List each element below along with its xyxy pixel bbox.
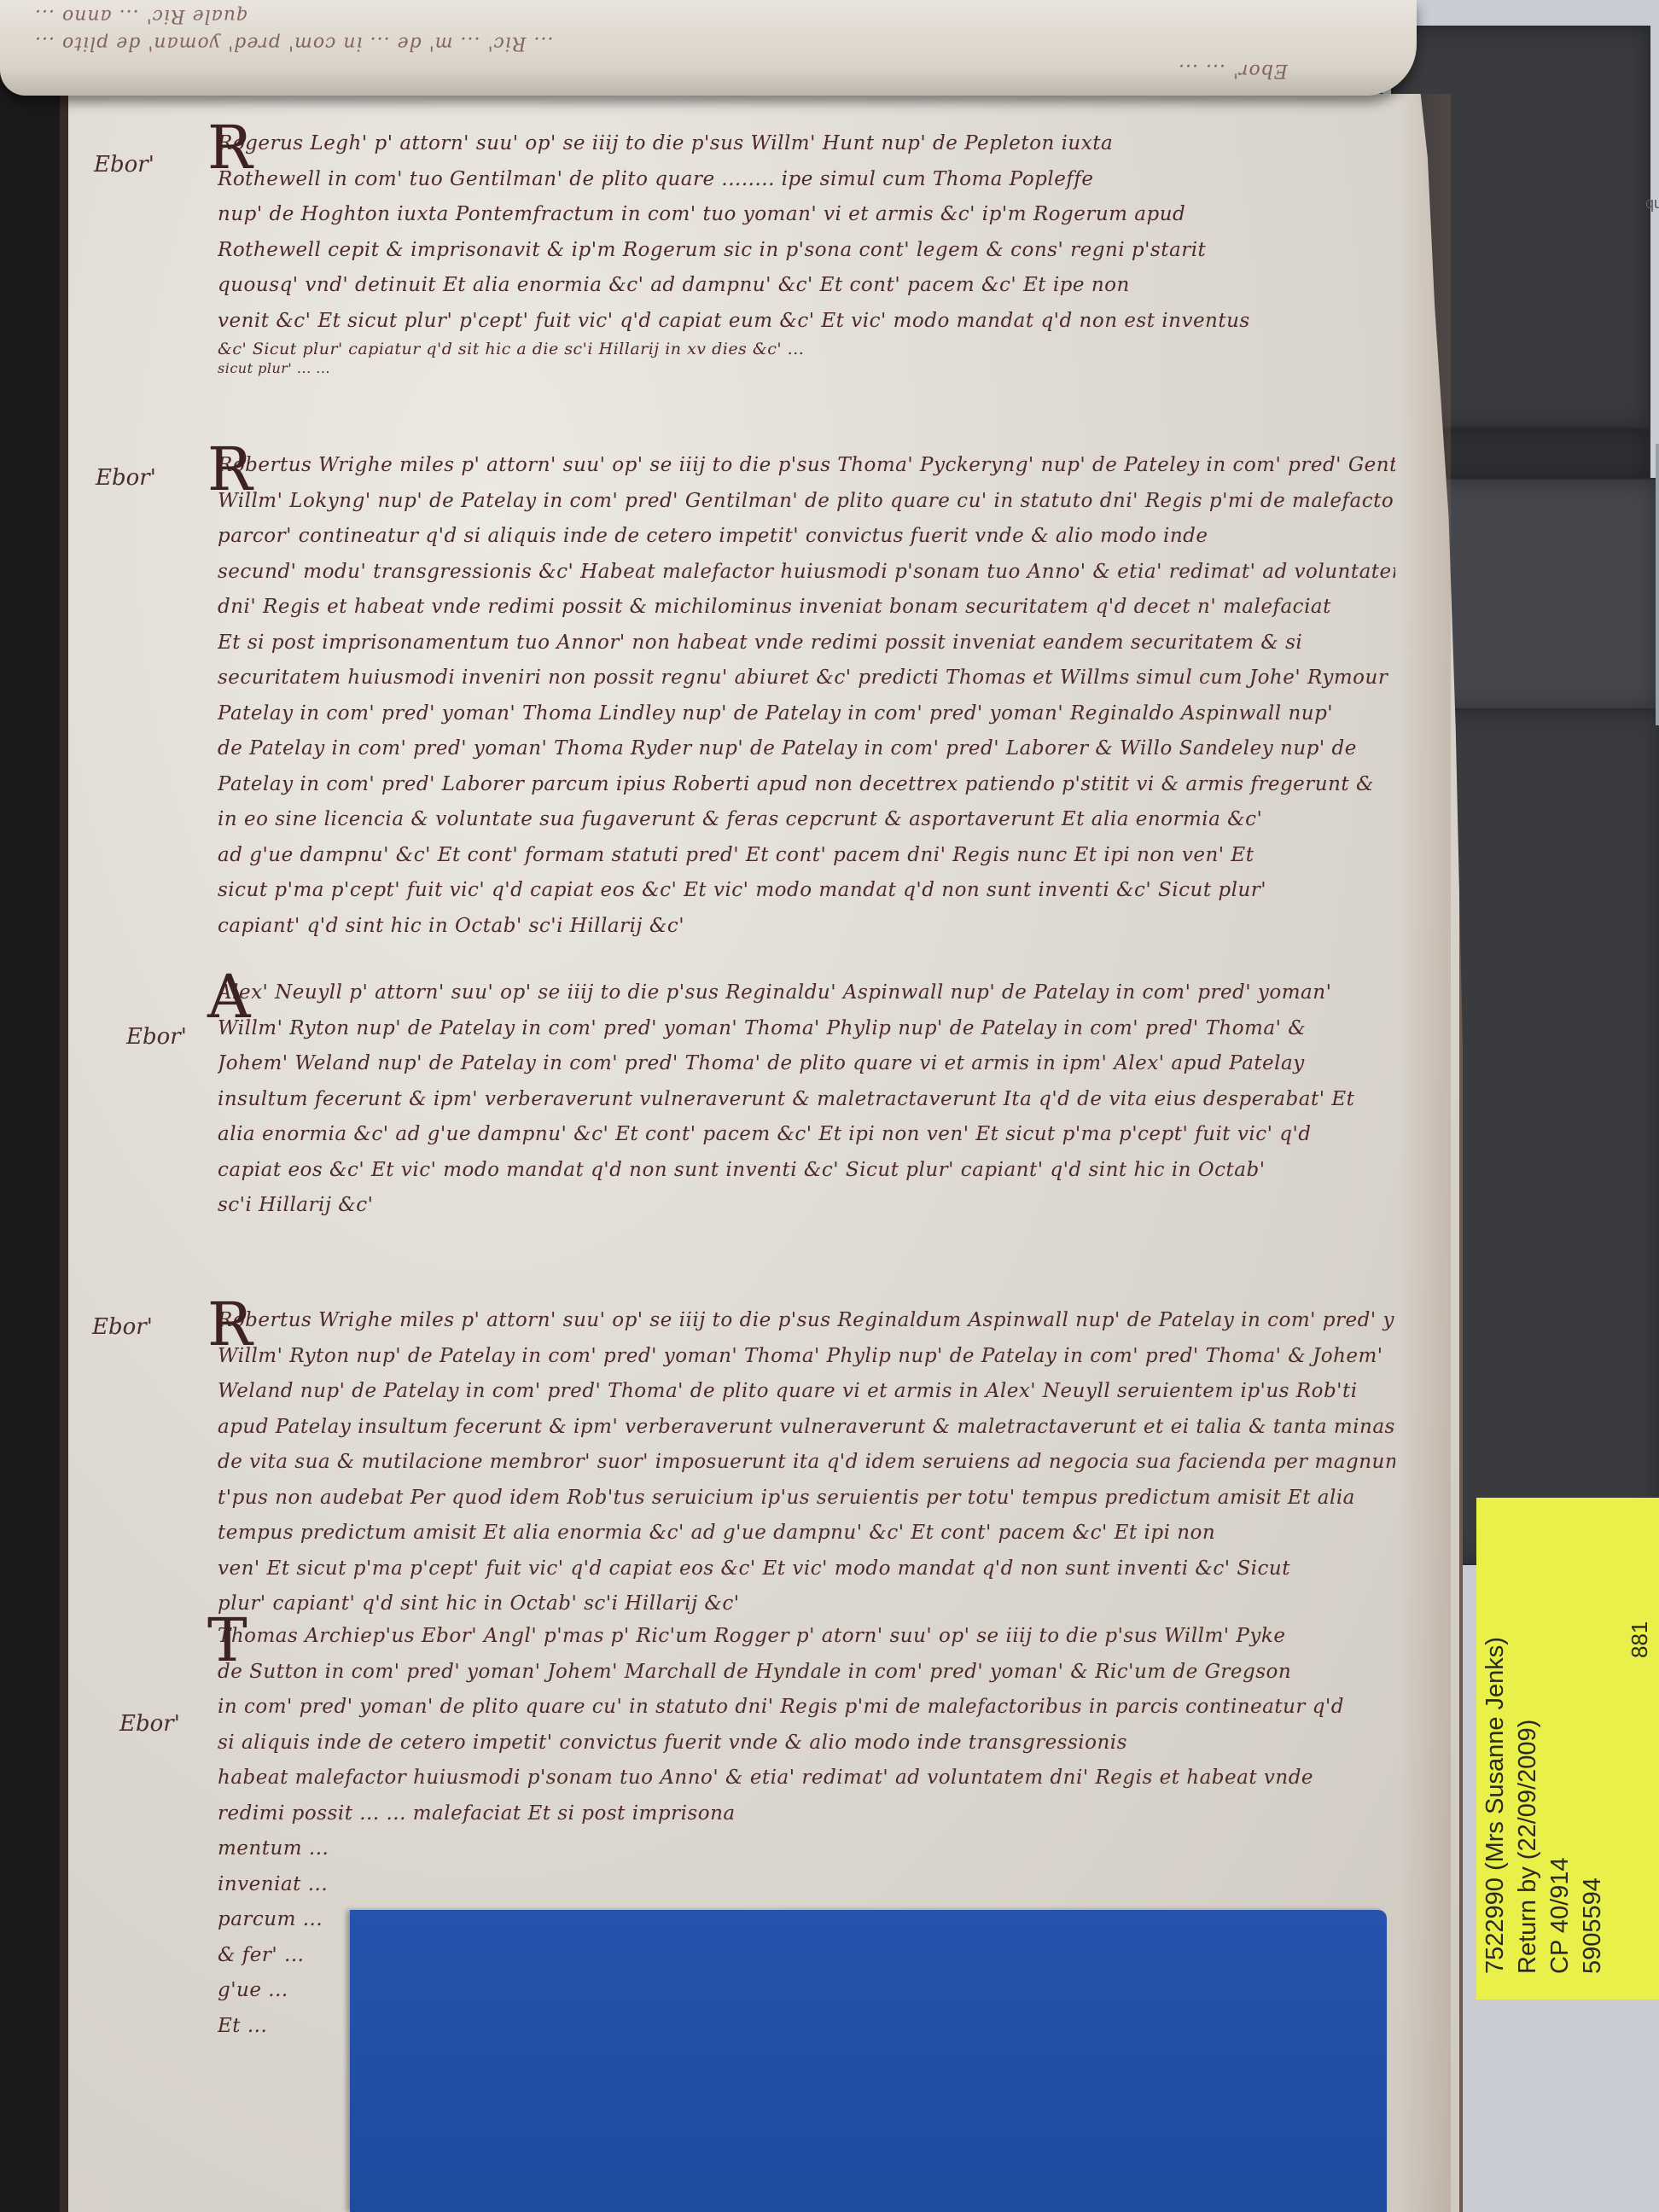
blue-board-cover [350,1910,1387,2212]
plea-entry: R Robertus Wrighe miles p' attorn' suu' … [218,448,1395,944]
margin-note-county: Ebor' [119,1711,180,1737]
text-line: de vita sua & mutilacione membror' suor'… [218,1445,1395,1481]
text-line: Alex' Neuyll p' attorn' suu' op' se iiij… [218,975,1395,1011]
text-line: Willm' Ryton nup' de Patelay in com' pre… [218,1339,1395,1375]
text-line: Rothewell cepit & imprisonavit & ip'm Ro… [218,233,1395,269]
text-line: Rothewell in com' tuo Gentilman' de plit… [218,162,1395,198]
text-line: mentum ... [218,1831,1395,1867]
text-line: sc'i Hillarij &c' [218,1188,1395,1224]
margin-note-county: Ebor' [96,465,156,491]
margin-note-county: Ebor' [94,152,154,178]
text-line: Robertus Wrighe miles p' attorn' suu' op… [218,448,1395,484]
text-line: Johem' Weland nup' de Patelay in com' pr… [218,1046,1395,1082]
text-line: securitatem huiusmodi inveniri non possi… [218,661,1395,696]
decorated-initial: T [207,1610,247,1670]
plea-entry: R Robertus Wrighe miles p' attorn' suu' … [218,1303,1395,1622]
plea-entry: A Alex' Neuyll p' attorn' suu' op' se ii… [218,975,1395,1224]
decorated-initial: R [207,118,253,178]
text-line: venit &c' Et sicut plur' p'cept' fuit vi… [218,304,1395,340]
text-line: ven' Et sicut p'ma p'cept' fuit vic' q'd… [218,1551,1395,1587]
text-line: inveniat ... [218,1867,1395,1903]
text-line: in com' pred' yoman' de plito quare cu' … [218,1690,1395,1726]
text-line: redimi possit ... ... malefaciat Et si p… [218,1796,1395,1832]
text-line: Rogerus Legh' p' attorn' suu' op' se iii… [218,126,1395,162]
decorated-initial: R [207,1295,253,1354]
text-line: Willm' Lokyng' nup' de Patelay in com' p… [218,484,1395,520]
label-item-number: 5905594 [1579,1877,1607,1974]
text-line: sicut p'ma p'cept' fuit vic' q'd capiat … [218,873,1395,909]
text-line: Et si post imprisonamentum tuo Annor' no… [218,626,1395,661]
label-reference: CP 40/914 [1546,1857,1575,1974]
text-line: alia enormia &c' ad g'ue dampnu' &c' Et … [218,1117,1395,1153]
text-line: &c' Sicut plur' capiatur q'd sit hic a d… [218,339,1395,359]
text-line: parcor' contineatur q'd si aliquis inde … [218,519,1395,555]
text-line: Patelay in com' pred' yoman' Thoma Lindl… [218,696,1395,732]
text-line: Thomas Archiep'us Ebor' Angl' p'mas p' R… [218,1619,1395,1655]
text-line: Robertus Wrighe miles p' attorn' suu' op… [218,1303,1395,1339]
text-line: capiant' q'd sint hic in Octab' sc'i Hil… [218,909,1395,945]
text-line: si aliquis inde de cetero impetit' convi… [218,1726,1395,1761]
label-return-date: Return by (22/09/2009) [1514,1720,1542,1974]
text-line: Weland nup' de Patelay in com' pred' Tho… [218,1374,1395,1410]
text-line: Willm' Ryton nup' de Patelay in com' pre… [218,1011,1395,1047]
document-label: 5905594 CP 40/914 Return by (22/09/2009)… [1476,1498,1659,2000]
label-side-number: 881 [1627,1621,1653,1658]
decorated-initial: R [207,439,253,499]
margin-note-county: Ebor' [92,1314,153,1340]
text-line: de Sutton in com' pred' yoman' Johem' Ma… [218,1655,1395,1691]
text-line: habeat malefactor huiusmodi p'sonam tuo … [218,1761,1395,1796]
background-partial-text: qui [1645,195,1659,212]
text-line: quousq' vnd' detinuit Et alia enormia &c… [218,268,1395,304]
plea-entry: R Rogerus Legh' p' attorn' suu' op' se i… [218,126,1395,378]
rolled-text-line: Ebor' ... ... [1178,60,1288,81]
text-line: insultum fecerunt & ipm' verberaverunt v… [218,1082,1395,1118]
text-line: Patelay in com' pred' Laborer parcum ipi… [218,767,1395,803]
text-line: nup' de Hoghton iuxta Pontemfractum in c… [218,197,1395,233]
label-reader: 7522990 (Mrs Susanne Jenks) [1481,1637,1510,1974]
text-line: capiat eos &c' Et vic' modo mandat q'd n… [218,1153,1395,1189]
rolled-text-line: quale Ric' ... anno ... [34,5,248,26]
text-line: de Patelay in com' pred' yoman' Thoma Ry… [218,731,1395,767]
text-line: sicut plur' ... ... [218,359,1395,378]
text-line: in eo sine licencia & voluntate sua fuga… [218,802,1395,838]
text-line: secund' modu' transgressionis &c' Habeat… [218,555,1395,591]
text-line: t'pus non audebat Per quod idem Rob'tus … [218,1481,1395,1516]
margin-note-county: Ebor' [126,1024,187,1050]
text-line: ad g'ue dampnu' &c' Et cont' formam stat… [218,838,1395,874]
text-line: tempus predictum amisit Et alia enormia … [218,1516,1395,1551]
parchment-edge-stain [1400,94,1451,2212]
rolled-text-line: ... Ric' ... m' de ... in com' pred' yom… [34,32,553,54]
decorated-initial: A [207,967,251,1027]
text-line: dni' Regis et habeat vnde redimi possit … [218,590,1395,626]
background-strip [1656,444,1659,725]
text-line: plur' capiant' q'd sint hic in Octab' sc… [218,1586,1395,1622]
text-line: apud Patelay insultum fecerunt & ipm' ve… [218,1410,1395,1446]
rolled-membrane-top: quale Ric' ... anno ... ... Ric' ... m' … [0,0,1417,96]
